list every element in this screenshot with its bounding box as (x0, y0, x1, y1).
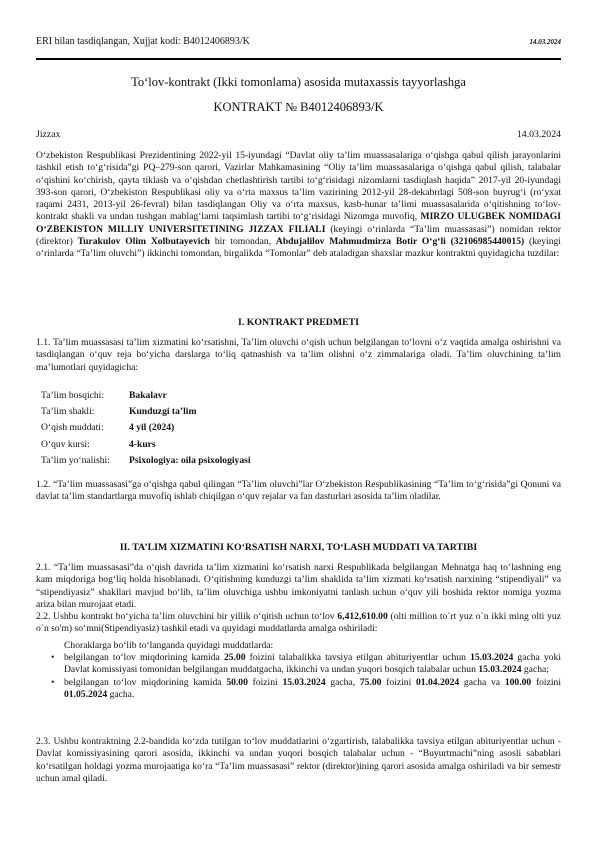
intro-paragraph: O‘zbekiston Respublikasi Prezidentining … (36, 150, 561, 261)
contract-number: KONTRAKT № B4012406893/K (36, 101, 561, 113)
info-label: Ta’lim bosqichi: (41, 390, 129, 406)
info-row: O‘quv kursi:4-kurs (41, 439, 251, 455)
clause-1-1: 1.1. Ta’lim muassasasi ta’lim xizmatini … (36, 337, 561, 374)
info-label: O‘quv kursi: (41, 439, 129, 455)
percent-value: 25.00 (224, 652, 246, 663)
list-item: •belgilangan to‘lov miqdorining kamida 2… (36, 652, 561, 677)
header-document-code: ERI bilan tasdiqlangan, Xujjat kodi: B40… (36, 36, 250, 48)
info-row: Ta’lim yo‘nalishi:Psixologiya: oila psix… (41, 455, 251, 471)
info-row: Ta’lim shakli:Kunduzgi ta’lim (41, 406, 251, 422)
document-title: To‘lov-kontrakt (Ikki tomonlama) asosida… (36, 76, 561, 88)
bullet-icon: • (51, 652, 54, 664)
tuition-amount: 6,412,610.00 (337, 611, 387, 622)
deadline-date: 01.04.2024 (416, 677, 459, 688)
place: Jizzax (36, 129, 60, 141)
percent-value: 75.00 (360, 677, 382, 688)
info-value: 4 yil (2024) (129, 422, 251, 438)
contract-date: 14.03.2024 (517, 129, 561, 141)
clause-text: 2.2. Ushbu kontrakt bo‘yicha ta’lim oluv… (36, 611, 337, 622)
quarterly-intro: Choraklarga bo‘lib to‘langanda quyidagi … (64, 640, 273, 652)
student-name: Abdujalilov Mahmudmirza Botir O‘g‘li (32… (276, 236, 524, 247)
info-value: Bakalavr (129, 390, 251, 406)
info-label: Ta’lim shakli: (41, 406, 129, 422)
clause-2-2: 2.2. Ushbu kontrakt bo‘yicha ta’lim oluv… (36, 611, 561, 636)
info-value: Psixologiya: oila psixologiyasi (129, 455, 251, 471)
deadline-date: 15.03.2024 (282, 677, 325, 688)
clause-2-3: 2.3. Ushbu kontraktning 2.2-bandida ko‘z… (36, 736, 561, 785)
education-info-table: Ta’lim bosqichi:BakalavrTa’lim shakli:Ku… (41, 390, 251, 471)
deadline-date: 01.05.2024 (64, 689, 107, 700)
rector-name: Turakulov Olim Xolbutayevich (78, 236, 210, 247)
bullet-icon: • (51, 677, 54, 689)
percent-value: 50.00 (226, 677, 248, 688)
info-value: 4-kurs (129, 439, 251, 455)
info-row: O‘qish muddati:4 yil (2024) (41, 422, 251, 438)
percent-value: 100.00 (505, 677, 531, 688)
clause-1-2: 1.2. “Ta’lim muassasasi”ga o‘qishga qabu… (36, 479, 561, 504)
info-value: Kunduzgi ta’lim (129, 406, 251, 422)
payment-schedule-list: •belgilangan to‘lov miqdorining kamida 2… (36, 652, 561, 701)
section-2-heading: II. TA’LIM XIZMATINI KO‘RSATISH NARXI, T… (36, 542, 561, 554)
intro-text: bir tomondan, (210, 236, 276, 247)
clause-2-1: 2.1. “Ta’lim muassasasi”da o‘qish davrid… (36, 562, 561, 611)
list-item: •belgilangan to‘lov miqdorining kamida 5… (36, 677, 561, 702)
page-header: ERI bilan tasdiqlangan, Xujjat kodi: B40… (36, 36, 561, 50)
deadline-date: 15.03.2024 (478, 664, 521, 675)
header-date: 14.03.2024 (530, 36, 562, 48)
header-divider (36, 58, 561, 60)
info-row: Ta’lim bosqichi:Bakalavr (41, 390, 251, 406)
info-label: O‘qish muddati: (41, 422, 129, 438)
section-1-heading: I. KONTRAKT PREDMETI (36, 317, 561, 329)
deadline-date: 15.03.2024 (470, 652, 513, 663)
info-label: Ta’lim yo‘nalishi: (41, 455, 129, 471)
place-date-row: Jizzax 14.03.2024 (36, 129, 561, 142)
